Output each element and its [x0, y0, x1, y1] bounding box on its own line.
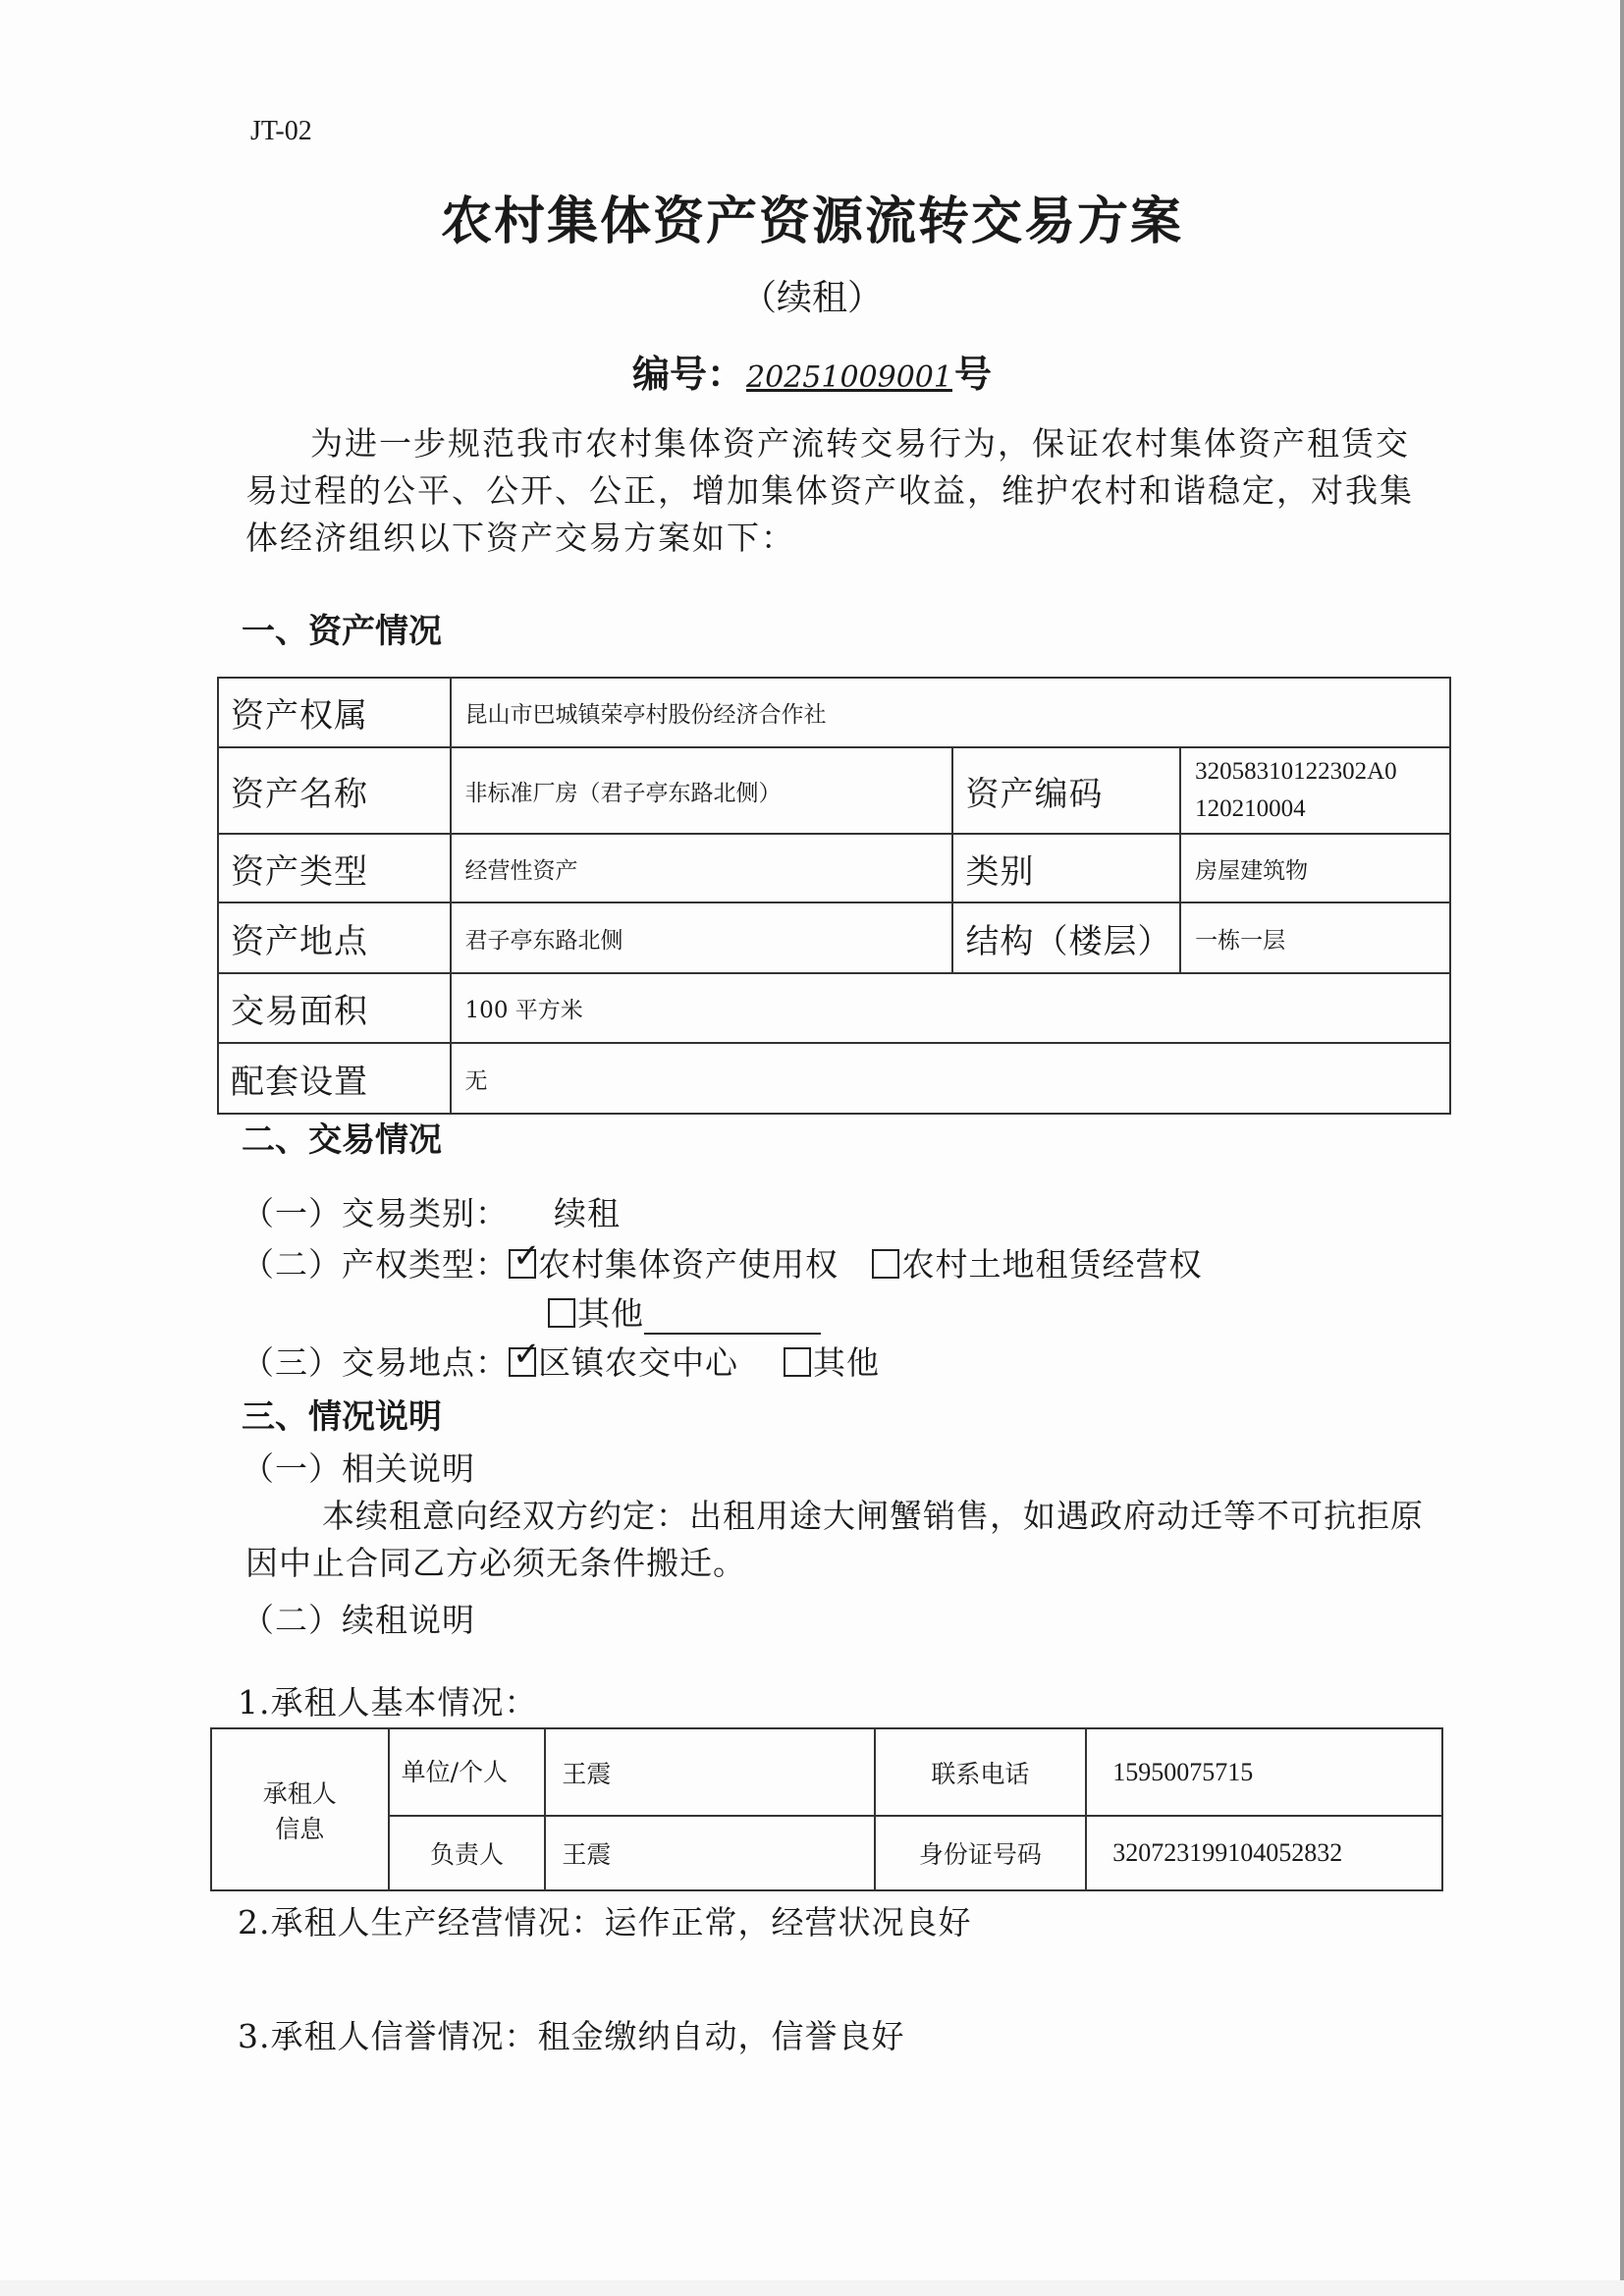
asset-table: 资产权属 昆山市巴城镇荣亭村股份经济合作社 资产名称 非标准厂房（君子亭东路北侧…	[217, 677, 1451, 1115]
property-right-type: （二）产权类型：农村集体资产使用权 农村土地租赁经营权	[242, 1239, 1202, 1285]
id-label: 身份证号码	[875, 1816, 1087, 1890]
transaction-category-value: 续租	[554, 1194, 621, 1232]
section2-heading: 二、交易情况	[242, 1113, 442, 1161]
document-number: 编号：20251009001号	[0, 344, 1624, 398]
asset-facilities-label: 配套设置	[218, 1043, 451, 1114]
unit-label: 单位/个人	[389, 1728, 546, 1816]
asset-type-value: 经营性资产	[451, 834, 953, 902]
asset-code-line1: 32058310122302A0	[1195, 753, 1449, 791]
asset-ownership-label: 资产权属	[218, 678, 451, 747]
checkbox-district-center[interactable]	[509, 1347, 536, 1377]
asset-area-label: 交易面积	[218, 973, 451, 1043]
lessee-group-label: 承租人 信息	[211, 1728, 389, 1890]
lessee-row-2: 负责人 王震 身份证号码 320723199104052832	[211, 1816, 1442, 1890]
renewal-notes-heading: （二）续租说明	[242, 1595, 475, 1641]
asset-name-label: 资产名称	[218, 747, 451, 834]
person-label: 负责人	[389, 1816, 546, 1890]
number-suffix: 号	[954, 353, 992, 396]
checkbox-land-lease-right[interactable]	[872, 1249, 899, 1279]
option-location-other: 其他	[813, 1343, 880, 1382]
transaction-location: （三）交易地点：区镇农交中心 其他	[242, 1338, 880, 1384]
section1-heading: 一、资产情况	[242, 604, 442, 652]
phone-label: 联系电话	[875, 1728, 1087, 1816]
lessee-basic-heading: 1.承租人基本情况：	[238, 1677, 538, 1723]
intro-paragraph: 为进一步规范我市农村集体资产流转交易行为，保证农村集体资产租赁交易过程的公平、公…	[245, 420, 1424, 562]
scan-edge	[1620, 0, 1624, 2280]
transaction-category-label: （一）交易类别：	[242, 1194, 509, 1232]
checkbox-collective-asset-use-right[interactable]	[509, 1249, 536, 1279]
other-blank-line[interactable]	[644, 1303, 821, 1335]
related-notes-text: 本续租意向经双方约定：出租用途大闸蟹销售，如遇政府动迁等不可抗拒原因中止合同乙方…	[245, 1493, 1424, 1587]
phone-value: 15950075715	[1086, 1728, 1442, 1816]
asset-row-facilities: 配套设置 无	[218, 1043, 1450, 1114]
id-value: 320723199104052832	[1086, 1816, 1442, 1890]
handwritten-number: 20251009001	[744, 360, 954, 395]
document-code: JT-02	[250, 116, 312, 147]
lessee-table: 承租人 信息 单位/个人 王震 联系电话 15950075715 负责人 王震 …	[210, 1727, 1443, 1891]
asset-category-label: 类别	[952, 834, 1180, 902]
option-property-other: 其他	[577, 1294, 644, 1333]
asset-facilities-value: 无	[451, 1043, 1450, 1114]
asset-category-value: 房屋建筑物	[1180, 834, 1450, 902]
asset-row-ownership: 资产权属 昆山市巴城镇荣亭村股份经济合作社	[218, 678, 1450, 747]
asset-code-label: 资产编码	[952, 747, 1180, 834]
asset-name-value: 非标准厂房（君子亭东路北侧）	[451, 747, 953, 834]
number-label: 编号：	[632, 353, 744, 396]
lessee-production-status: 2.承租人生产经营情况：运作正常，经营状况良好	[238, 1897, 972, 1943]
asset-ownership-value: 昆山市巴城镇荣亭村股份经济合作社	[451, 678, 1450, 747]
asset-area-value: 100 平方米	[451, 973, 1450, 1043]
asset-type-label: 资产类型	[218, 834, 451, 902]
unit-value: 王震	[545, 1728, 874, 1816]
lessee-group-label-line1: 承租人	[213, 1775, 387, 1810]
scan-bottom-strip	[0, 2280, 1624, 2296]
related-notes-heading: （一）相关说明	[242, 1444, 475, 1490]
transaction-category: （一）交易类别： 续租	[242, 1188, 621, 1234]
document-subtitle: （续租）	[0, 270, 1624, 320]
asset-row-name: 资产名称 非标准厂房（君子亭东路北侧） 资产编码 32058310122302A…	[218, 747, 1450, 834]
asset-row-area: 交易面积 100 平方米	[218, 973, 1450, 1043]
property-right-other: 其他	[548, 1288, 821, 1335]
checkbox-property-other[interactable]	[548, 1298, 575, 1328]
asset-row-type: 资产类型 经营性资产 类别 房屋建筑物	[218, 834, 1450, 902]
asset-row-location: 资产地点 君子亭东路北侧 结构（楼层） 一栋一层	[218, 902, 1450, 973]
section3-heading: 三、情况说明	[242, 1390, 442, 1438]
option-collective-asset-use-right: 农村集体资产使用权	[538, 1245, 839, 1284]
lessee-credit-status: 3.承租人信誉情况：租金缴纳自动，信誉良好	[238, 2011, 905, 2057]
option-land-lease-right: 农村土地租赁经营权	[901, 1245, 1202, 1284]
person-value: 王震	[545, 1816, 874, 1890]
asset-location-value: 君子亭东路北侧	[451, 902, 953, 973]
asset-code-value: 32058310122302A0 120210004	[1180, 747, 1450, 834]
property-right-type-label: （二）产权类型：	[242, 1245, 509, 1284]
asset-code-line2: 120210004	[1195, 791, 1449, 828]
transaction-location-label: （三）交易地点：	[242, 1343, 509, 1382]
asset-location-label: 资产地点	[218, 902, 451, 973]
lessee-group-label-line2: 信息	[213, 1810, 387, 1845]
asset-structure-label: 结构（楼层）	[952, 902, 1180, 973]
document-title: 农村集体资产资源流转交易方案	[0, 180, 1624, 253]
lessee-row-1: 承租人 信息 单位/个人 王震 联系电话 15950075715	[211, 1728, 1442, 1816]
checkbox-location-other[interactable]	[784, 1347, 811, 1377]
asset-structure-value: 一栋一层	[1180, 902, 1450, 973]
option-district-center: 区镇农交中心	[538, 1343, 738, 1382]
